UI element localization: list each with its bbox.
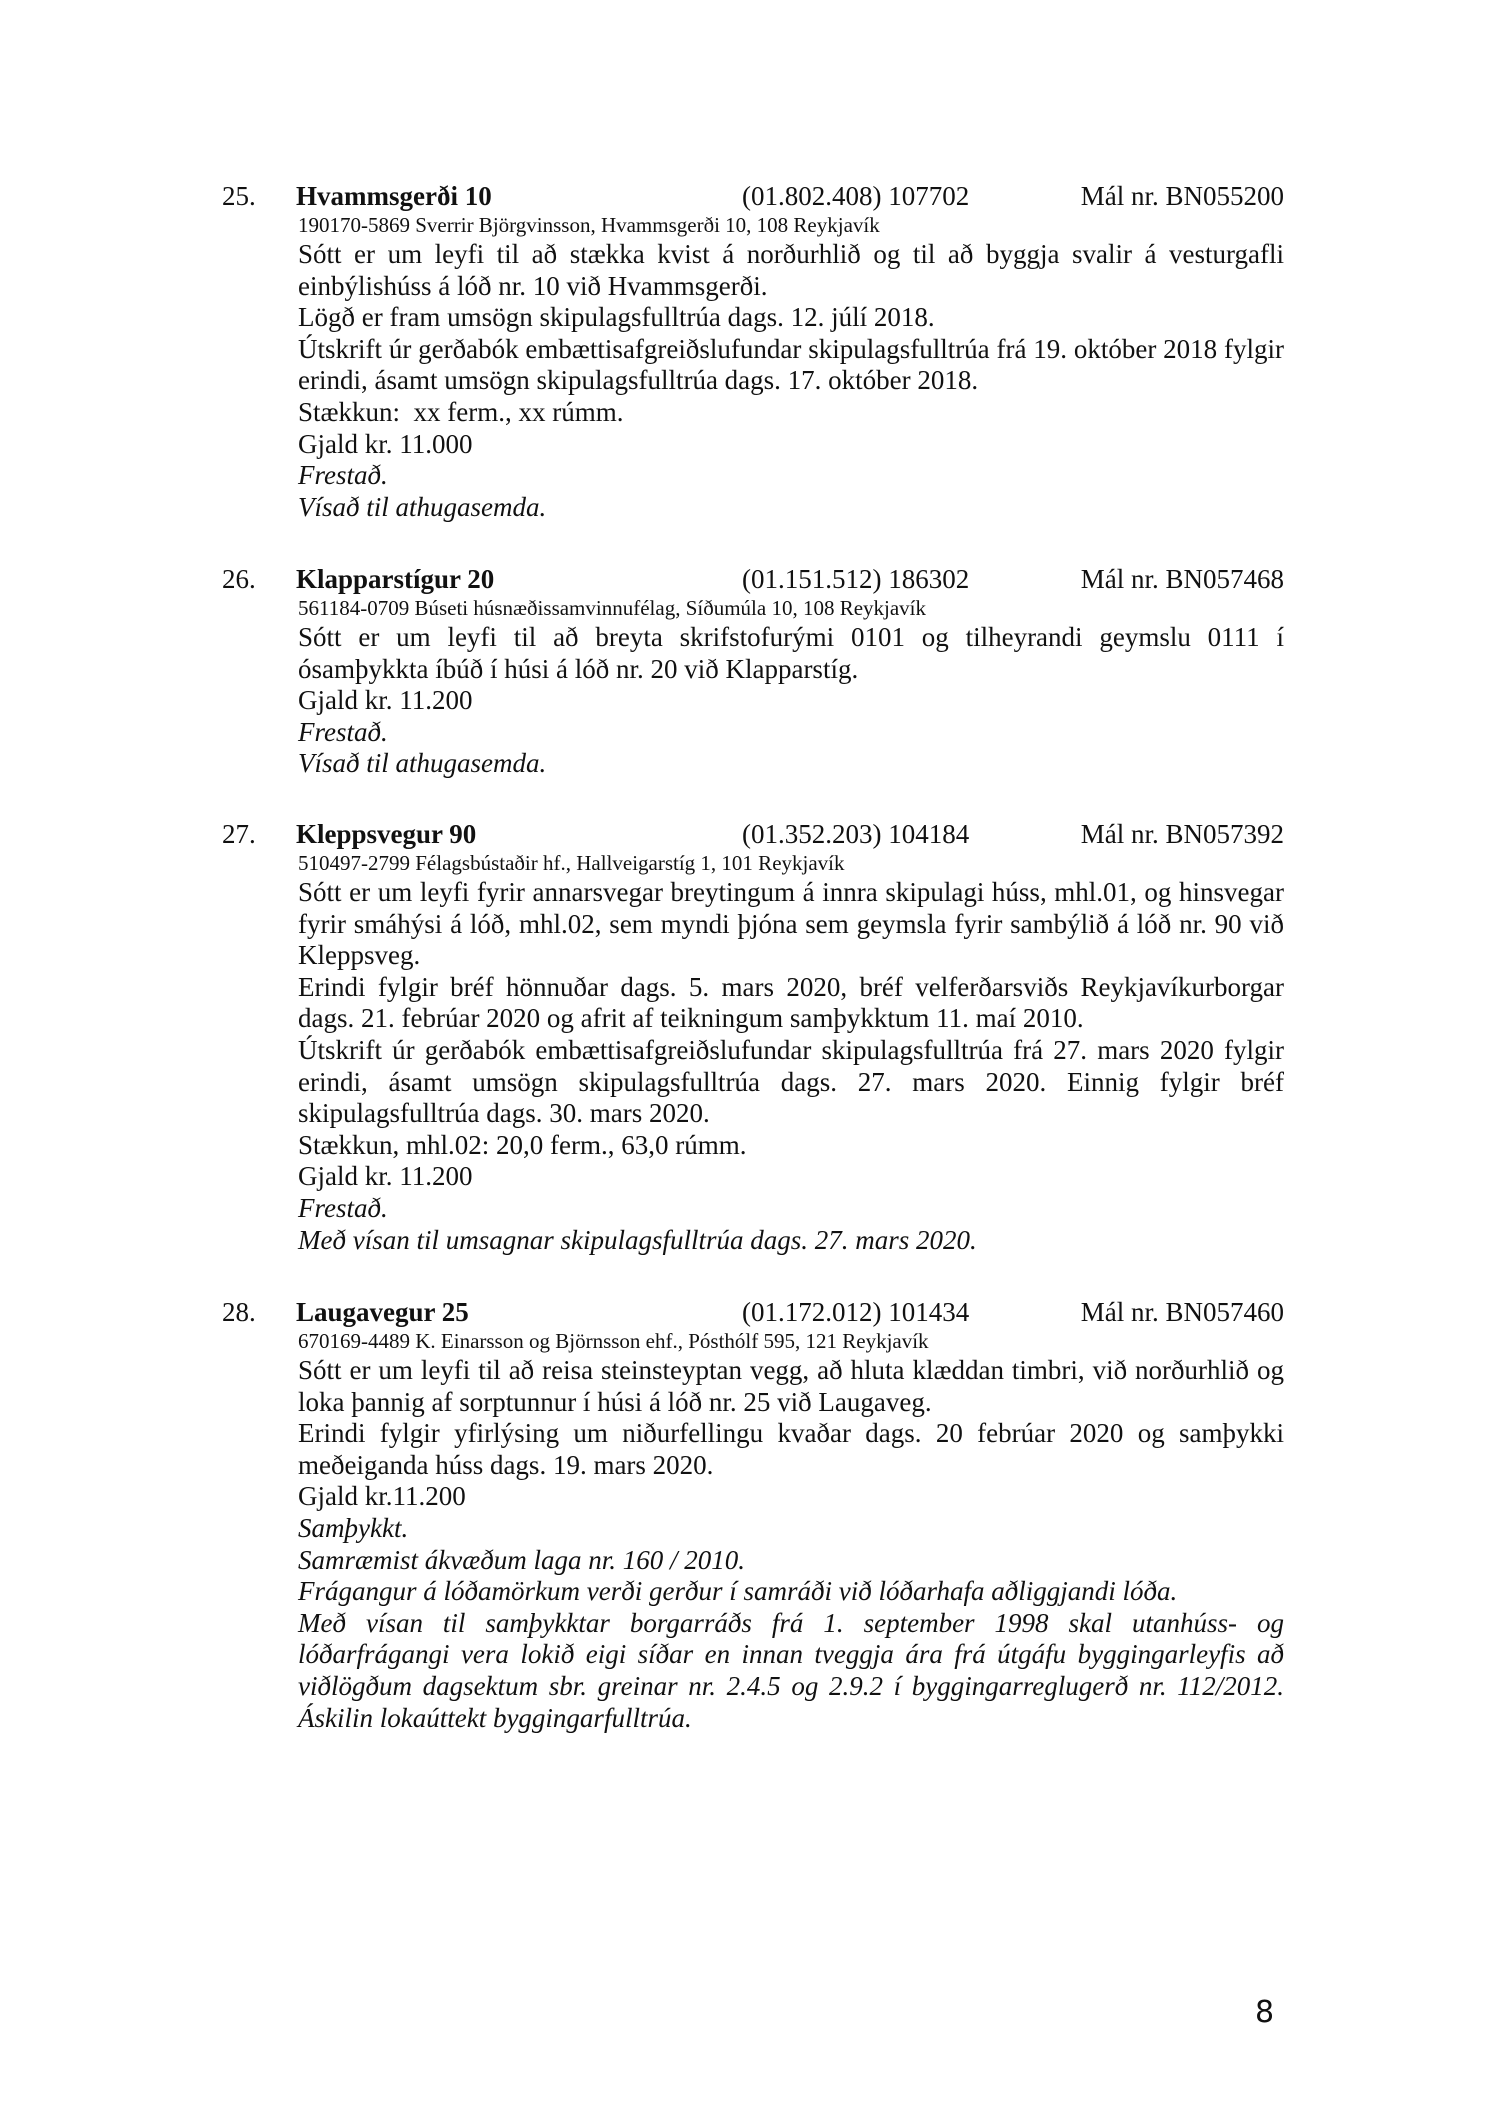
entry-case-number: Mál nr. BN057468 xyxy=(1081,563,1284,595)
entry-decision: Frestað. xyxy=(298,460,1284,492)
entry-fee: Gjald kr. 11.000 xyxy=(298,429,1284,461)
entry-header: 25. Hvammsgerði 10 (01.802.408) 107702 M… xyxy=(222,180,1284,212)
entry-applicant: 670169-4489 K. Einarsson og Björnsson eh… xyxy=(298,1328,1284,1355)
entry-decision: Samþykkt. xyxy=(298,1513,1284,1545)
entry-address: Laugavegur 25 xyxy=(296,1296,469,1328)
entry-case-number: Mál nr. BN055200 xyxy=(1081,180,1284,212)
case-entry-28: 28. Laugavegur 25 (01.172.012) 101434 Má… xyxy=(222,1296,1284,1734)
entry-body: 561184-0709 Búseti húsnæðissamvinnufélag… xyxy=(298,595,1284,780)
entry-address: Klapparstígur 20 xyxy=(296,563,494,595)
entry-number: 28. xyxy=(222,1296,256,1328)
entry-decision: Samræmist ákvæðum laga nr. 160 / 2010. xyxy=(298,1545,1284,1577)
entry-decision: Með vísan til umsagnar skipulagsfulltrúa… xyxy=(298,1225,1284,1257)
entry-number: 25. xyxy=(222,180,256,212)
entry-parcel-id: (01.802.408) 107702 xyxy=(742,180,969,212)
entry-parcel-id: (01.352.203) 104184 xyxy=(742,818,969,850)
entry-paragraph: Sótt er um leyfi til að breyta skrifstof… xyxy=(298,622,1284,685)
entry-applicant: 190170-5869 Sverrir Björgvinsson, Hvamms… xyxy=(298,212,1284,239)
entry-paragraph: Sótt er um leyfi til að reisa steinsteyp… xyxy=(298,1355,1284,1418)
entry-parcel-id: (01.151.512) 186302 xyxy=(742,563,969,595)
case-entry-27: 27. Kleppsvegur 90 (01.352.203) 104184 M… xyxy=(222,818,1284,1256)
entry-number: 26. xyxy=(222,563,256,595)
entry-case-number: Mál nr. BN057460 xyxy=(1081,1296,1284,1328)
entry-paragraph: Útskrift úr gerðabók embættisafgreiðsluf… xyxy=(298,334,1284,397)
entry-fee: Gjald kr.11.200 xyxy=(298,1481,1284,1513)
entry-header: 26. Klapparstígur 20 (01.151.512) 186302… xyxy=(222,563,1284,595)
entry-decision: Með vísan til samþykktar borgarráðs frá … xyxy=(298,1608,1284,1734)
entry-paragraph: Stækkun, mhl.02: 20,0 ferm., 63,0 rúmm. xyxy=(298,1130,1284,1162)
entry-paragraph: Erindi fylgir yfirlýsing um niðurfelling… xyxy=(298,1418,1284,1481)
entry-paragraph: Lögð er fram umsögn skipulagsfulltrúa da… xyxy=(298,302,1284,334)
entry-decision: Frestað. xyxy=(298,717,1284,749)
entry-header: 28. Laugavegur 25 (01.172.012) 101434 Má… xyxy=(222,1296,1284,1328)
case-entry-26: 26. Klapparstígur 20 (01.151.512) 186302… xyxy=(222,563,1284,780)
entry-parcel-id: (01.172.012) 101434 xyxy=(742,1296,969,1328)
entry-address: Hvammsgerði 10 xyxy=(296,180,492,212)
entry-fee: Gjald kr. 11.200 xyxy=(298,1161,1284,1193)
entry-paragraph: Sótt er um leyfi fyrir annarsvegar breyt… xyxy=(298,877,1284,972)
entry-body: 190170-5869 Sverrir Björgvinsson, Hvamms… xyxy=(298,212,1284,523)
entry-decision: Frestað. xyxy=(298,1193,1284,1225)
entry-decision: Vísað til athugasemda. xyxy=(298,748,1284,780)
document-page: 25. Hvammsgerði 10 (01.802.408) 107702 M… xyxy=(0,0,1500,2122)
entry-body: 670169-4489 K. Einarsson og Björnsson eh… xyxy=(298,1328,1284,1734)
entry-decision: Vísað til athugasemda. xyxy=(298,492,1284,524)
entry-paragraph: Útskrift úr gerðabók embættisafgreiðsluf… xyxy=(298,1035,1284,1130)
entry-number: 27. xyxy=(222,818,256,850)
entry-fee: Gjald kr. 11.200 xyxy=(298,685,1284,717)
case-entry-25: 25. Hvammsgerði 10 (01.802.408) 107702 M… xyxy=(222,180,1284,523)
entry-paragraph: Erindi fylgir bréf hönnuðar dags. 5. mar… xyxy=(298,972,1284,1035)
entry-decision: Frágangur á lóðamörkum verði gerður í sa… xyxy=(298,1576,1284,1608)
entry-case-number: Mál nr. BN057392 xyxy=(1081,818,1284,850)
entry-applicant: 561184-0709 Búseti húsnæðissamvinnufélag… xyxy=(298,595,1284,622)
entry-header: 27. Kleppsvegur 90 (01.352.203) 104184 M… xyxy=(222,818,1284,850)
entry-body: 510497-2799 Félagsbústaðir hf., Hallveig… xyxy=(298,850,1284,1256)
page-number: 8 xyxy=(1255,1996,1274,2030)
entry-paragraph: Sótt er um leyfi til að stækka kvist á n… xyxy=(298,239,1284,302)
entry-address: Kleppsvegur 90 xyxy=(296,818,476,850)
entry-paragraph: Stækkun: xx ferm., xx rúmm. xyxy=(298,397,1284,429)
entry-applicant: 510497-2799 Félagsbústaðir hf., Hallveig… xyxy=(298,850,1284,877)
